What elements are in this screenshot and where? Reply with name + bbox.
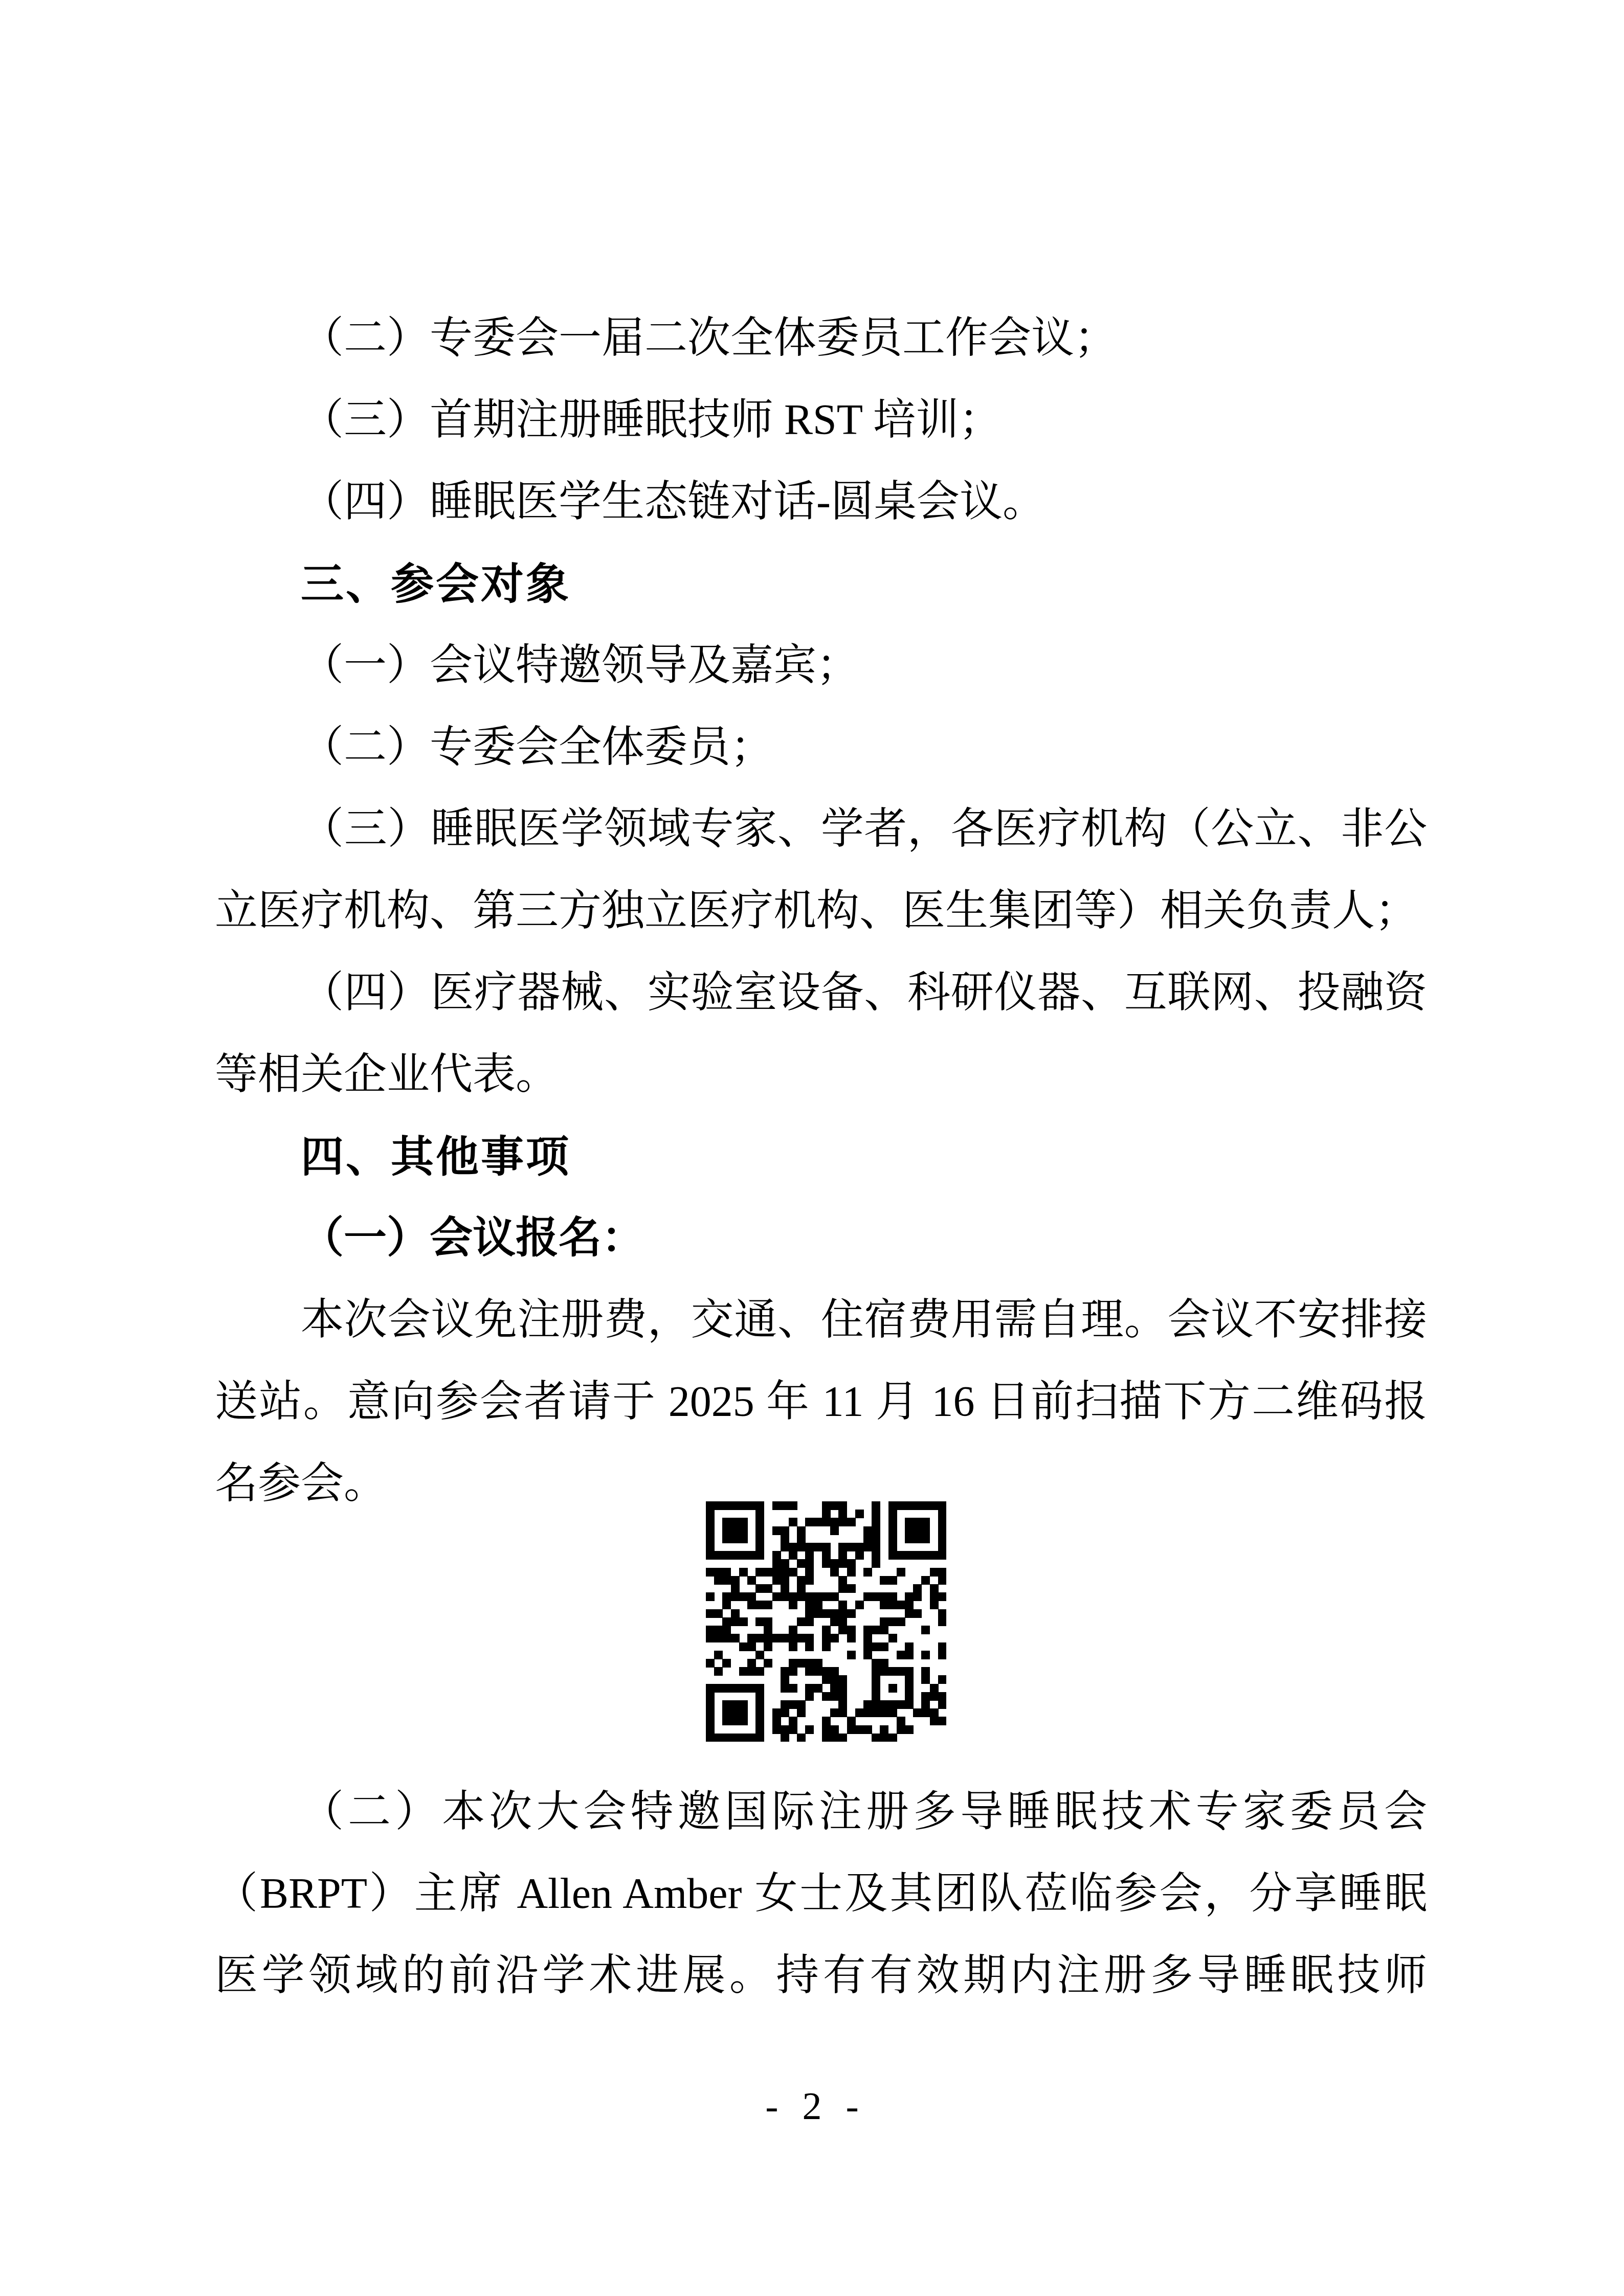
brpt-paragraph-line-3: 医学领域的前沿学术进展。持有有效期内注册多导睡眠技师 (215, 1935, 1427, 2017)
document-page: （二）专委会一届二次全体委员工作会议； （三）首期注册睡眠技师 RST 培训； … (0, 0, 1624, 2296)
participants-item-4-line-2: 等相关企业代表。 (215, 1034, 1427, 1116)
qr-code-image (706, 1501, 946, 1742)
section-other-matters-heading: 四、其他事项 (215, 1116, 1427, 1198)
agenda-item-4: （四）睡眠医学生态链对话-圆桌会议。 (215, 461, 1427, 543)
participants-item-3-line-2: 立医疗机构、第三方独立医疗机构、医生集团等）相关负责人； (215, 870, 1427, 952)
qr-code-canvas (706, 1501, 946, 1742)
section-participants-heading: 三、参会对象 (215, 543, 1427, 625)
brpt-paragraph-line-1: （二）本次大会特邀国际注册多导睡眠技术专家委员会 (215, 1771, 1427, 1853)
agenda-item-3: （三）首期注册睡眠技师 RST 培训； (215, 379, 1427, 461)
agenda-item-2: （二）专委会一届二次全体委员工作会议； (215, 298, 1427, 379)
page-number: - 2 - (0, 2082, 1624, 2130)
brpt-paragraph-line-2: （BRPT）主席 Allen Amber 女士及其团队莅临参会，分享睡眠 (215, 1853, 1427, 1935)
participants-item-3-line-1: （三）睡眠医学领域专家、学者，各医疗机构（公立、非公 (215, 789, 1427, 870)
participants-item-2: （二）专委会全体委员； (215, 707, 1427, 789)
registration-paragraph-line-2: 送站。意向参会者请于 2025 年 11 月 16 日前扫描下方二维码报 (215, 1361, 1427, 1443)
registration-subheading: （一）会议报名： (215, 1198, 1427, 1279)
participants-item-1: （一）会议特邀领导及嘉宾； (215, 625, 1427, 707)
registration-paragraph-line-1: 本次会议免注册费，交通、住宿费用需自理。会议不安排接 (215, 1279, 1427, 1361)
participants-item-4-line-1: （四）医疗器械、实验室设备、科研仪器、互联网、投融资 (215, 952, 1427, 1034)
